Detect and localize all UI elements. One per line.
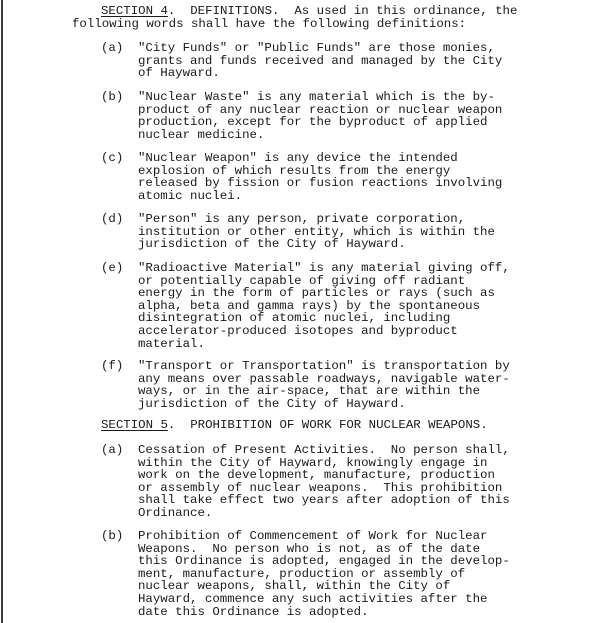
item-body: Cessation of Present Activities. No pers… xyxy=(138,444,510,520)
section-4-number: SECTION 4 xyxy=(101,4,168,18)
item-line: "Nuclear Waste" is any material which is… xyxy=(138,91,502,104)
item-label: (b) xyxy=(101,91,123,104)
item-line: Prohibition of Commencement of Work for … xyxy=(138,530,510,543)
document-page: SECTION 4. DEFINITIONS. As used in this … xyxy=(0,0,600,623)
item-label: (f) xyxy=(101,360,123,373)
item-line: "Radioactive Material" is any material g… xyxy=(138,262,510,275)
section-5-heading-text: . PROHIBITION OF WORK FOR NUCLEAR WEAPON… xyxy=(168,418,488,432)
item-line: Ordinance. xyxy=(138,507,510,520)
item-line: atomic nuclei. xyxy=(138,190,502,203)
item-line: accelerator-produced isotopes and byprod… xyxy=(138,325,510,338)
item-body: "Radioactive Material" is any material g… xyxy=(138,262,510,350)
item-line: jurisdiction of the City of Hayward. xyxy=(138,238,495,251)
item-body: "Person" is any person, private corporat… xyxy=(138,213,495,251)
item-body: "Nuclear Waste" is any material which is… xyxy=(138,91,502,141)
item-body: "City Funds" or "Public Funds" are those… xyxy=(138,42,502,80)
item-line: of Hayward. xyxy=(138,67,502,80)
section-4-intro-continuation: following words shall have the following… xyxy=(72,18,466,31)
item-line: Hayward, commence any such activities af… xyxy=(138,593,510,606)
item-line: "Person" is any person, private corporat… xyxy=(138,213,495,226)
item-line: this Ordinance is adopted, engaged in th… xyxy=(138,555,510,568)
item-line: Cessation of Present Activities. No pers… xyxy=(138,444,510,457)
item-label: (d) xyxy=(101,213,123,226)
item-body: "Nuclear Weapon" is any device the inten… xyxy=(138,152,502,202)
item-line: work on the development, manufacture, pr… xyxy=(138,469,510,482)
item-line: material. xyxy=(138,338,510,351)
item-line: jurisdiction of the City of Hayward. xyxy=(138,398,510,411)
item-line: ways, or in the air-space, that are with… xyxy=(138,385,510,398)
item-line: "Nuclear Weapon" is any device the inten… xyxy=(138,152,502,165)
item-body: Prohibition of Commencement of Work for … xyxy=(138,530,510,618)
item-line: nuclear medicine. xyxy=(138,129,502,142)
item-line: released by fission or fusion reactions … xyxy=(138,177,502,190)
item-line: "City Funds" or "Public Funds" are those… xyxy=(138,42,502,55)
section-4-heading: SECTION 4. DEFINITIONS. As used in this … xyxy=(101,5,517,18)
section-5-heading: SECTION 5. PROHIBITION OF WORK FOR NUCLE… xyxy=(101,419,488,432)
item-label: (e) xyxy=(101,262,123,275)
item-label: (c) xyxy=(101,152,123,165)
item-body: "Transport or Transportation" is transpo… xyxy=(138,360,510,410)
item-line: production, except for the byproduct of … xyxy=(138,116,502,129)
item-label: (a) xyxy=(101,42,123,55)
section-4-heading-text: . DEFINITIONS. As used in this ordinance… xyxy=(168,4,517,18)
item-label: (a) xyxy=(101,444,123,457)
section-5-number: SECTION 5 xyxy=(101,418,168,432)
item-label: (b) xyxy=(101,530,123,543)
item-line: "Transport or Transportation" is transpo… xyxy=(138,360,510,373)
item-line: date this Ordinance is adopted. xyxy=(138,606,510,619)
item-line: energy in the form of particles or rays … xyxy=(138,287,510,300)
